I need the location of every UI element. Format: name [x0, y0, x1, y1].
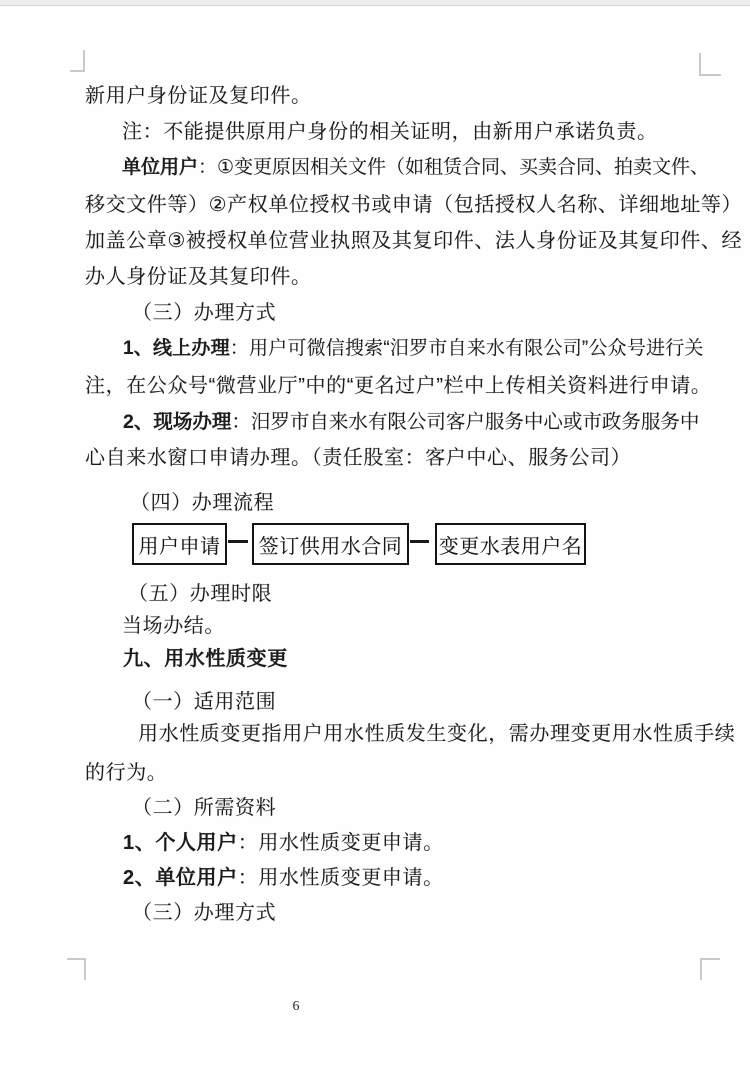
doc-line: 2、单位用户：用水性质变更申请。: [123, 867, 444, 889]
line-text: （一）适用范围: [132, 691, 276, 713]
section-heading: （五）办理时限: [128, 583, 272, 605]
line-text: 心自来水窗口申请办理。（责任股室：客户中心、服务公司）: [85, 447, 631, 469]
line-text: （三）办理方式: [132, 302, 276, 324]
doc-line: 注，在公众号“微营业厅”中的“更名过户”栏中上传相关资料进行申请。: [85, 375, 711, 397]
doc-line: 办人身份证及其复印件。: [85, 266, 312, 288]
line-text: （五）办理时限: [128, 583, 272, 605]
line-text-bold: 2、单位用户: [123, 867, 238, 889]
doc-line: 当场办结。: [122, 615, 225, 637]
doc-line: 心自来水窗口申请办理。（责任股室：客户中心、服务公司）: [85, 447, 631, 469]
line-text: ：汨罗市自来水有限公司客户服务中心或市政务服务中: [231, 411, 699, 433]
line-text: ：用户可微信搜索“汨罗市自来水有限公司”公众号进行关: [230, 338, 704, 359]
line-text: 注，在公众号“微营业厅”中的“更名过户”栏中上传相关资料进行申请。: [85, 375, 711, 397]
margin-corner-mark-bottom-right: [700, 958, 720, 980]
margin-corner-mark-top-left: [70, 50, 85, 72]
section-heading: （四）办理流程: [130, 492, 274, 514]
line-text: 新用户身份证及复印件。: [85, 85, 312, 107]
flow-step-label: 用户申请: [139, 530, 221, 559]
line-text: （三）办理方式: [132, 902, 276, 924]
line-text: 办人身份证及其复印件。: [85, 266, 312, 288]
section-heading: （二）所需资料: [132, 797, 276, 819]
flow-connector: [228, 540, 248, 543]
page-number: 6: [286, 999, 306, 1015]
doc-line: 注：不能提供原用户身份的相关证明，由新用户承诺负责。: [122, 121, 658, 143]
section-heading: （三）办理方式: [132, 302, 276, 324]
doc-line: 单位用户：①变更原因相关文件（如租赁合同、买卖合同、拍卖文件、: [122, 157, 709, 179]
line-text-bold: 1、个人用户: [123, 832, 238, 854]
line-text: 移交文件等）②产权单位授权书或申请（包括授权人名称、详细地址等）: [85, 194, 742, 216]
line-text: ：①变更原因相关文件（如租赁合同、买卖合同、拍卖文件、: [198, 157, 709, 178]
line-text: ：用水性质变更申请。: [238, 832, 444, 854]
doc-line: 移交文件等）②产权单位授权书或申请（包括授权人名称、详细地址等）: [85, 194, 742, 216]
doc-line: 2、现场办理：汨罗市自来水有限公司客户服务中心或市政务服务中: [123, 411, 699, 433]
line-text: （四）办理流程: [130, 492, 274, 514]
doc-line: 新用户身份证及复印件。: [85, 85, 312, 107]
line-text: 当场办结。: [122, 615, 225, 637]
line-text-bold: 1、线上办理: [123, 338, 230, 359]
flow-step-sign-contract: 签订供用水合同: [252, 523, 409, 565]
doc-line: 1、线上办理：用户可微信搜索“汨罗市自来水有限公司”公众号进行关: [123, 338, 704, 360]
section-heading: （三）办理方式: [132, 902, 276, 924]
doc-line: 用水性质变更指用户用水性质发生变化，需办理变更用水性质手续: [138, 723, 735, 745]
top-edge-strip: [0, 0, 750, 6]
doc-line: 加盖公章③被授权单位营业执照及其复印件、法人身份证及其复印件、经: [85, 230, 742, 252]
line-text: ：用水性质变更申请。: [238, 867, 444, 889]
section-heading: （一）适用范围: [132, 691, 276, 713]
flow-step-user-application: 用户申请: [132, 523, 227, 565]
line-text: 注：不能提供原用户身份的相关证明，由新用户承诺负责。: [122, 121, 658, 143]
chapter-heading: 九、用水性质变更: [123, 648, 288, 670]
line-text: 加盖公章③被授权单位营业执照及其复印件、法人身份证及其复印件、经: [85, 230, 742, 252]
flow-connector: [410, 540, 429, 543]
line-text-bold: 2、现场办理: [123, 411, 231, 433]
doc-line: 1、个人用户：用水性质变更申请。: [123, 832, 444, 854]
line-text-bold: 单位用户: [122, 157, 198, 178]
line-text: 用水性质变更指用户用水性质发生变化，需办理变更用水性质手续: [138, 723, 735, 745]
line-text: （二）所需资料: [132, 797, 276, 819]
flow-step-change-meter-name: 变更水表用户名: [435, 523, 586, 565]
line-text-bold: 九、用水性质变更: [123, 648, 288, 670]
document-page: 新用户身份证及复印件。 注：不能提供原用户身份的相关证明，由新用户承诺负责。 单…: [0, 0, 750, 1078]
flow-step-label: 签订供用水合同: [259, 530, 403, 559]
line-text: 的行为。: [85, 762, 167, 784]
flow-step-label: 变更水表用户名: [439, 530, 583, 559]
doc-line: 的行为。: [85, 762, 167, 784]
margin-corner-mark-top-right: [699, 53, 721, 76]
margin-corner-mark-bottom-left: [67, 958, 86, 980]
